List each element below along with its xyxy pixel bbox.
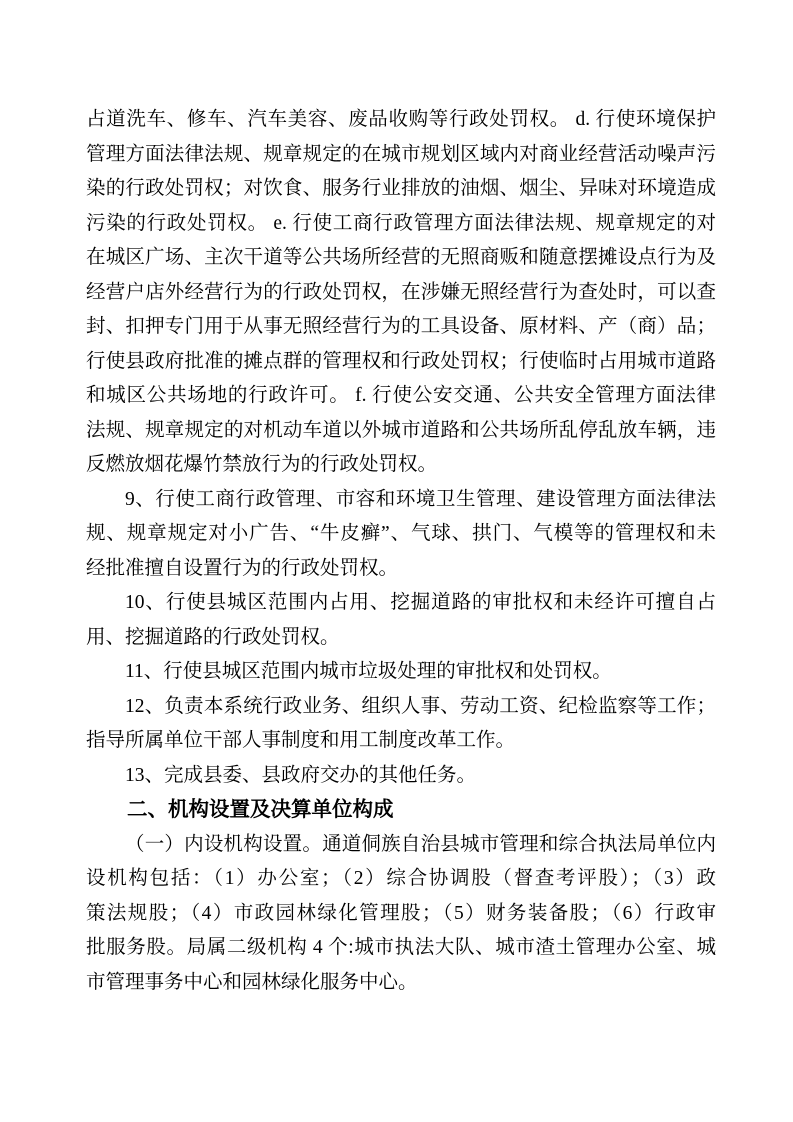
paragraph-item-12: 12、负责本系统行政业务、组织人事、劳动工资、纪检监察等工作； 指导所属单位干部…	[86, 690, 716, 759]
text-line: 策法规股；（4）市政园林绿化管理股；（5）财务装备股；（6）行政审	[86, 897, 716, 932]
text-line: 批服务股。局属二级机构 4 个:城市执法大队、城市渣土管理办公室、城	[86, 931, 716, 966]
paragraph-section-2-1: （一）内设机构设置。通道侗族自治县城市管理和综合执法局单位内 设机构包括：（1）…	[86, 828, 716, 1001]
text-line: 13、完成县委、县政府交办的其他任务。	[86, 759, 716, 794]
text-line: 封、扣押专门用于从事无照经营行为的工具设备、原材料、产（商）品；	[86, 310, 716, 345]
text-line: 管理方面法律法规、规章规定的在城市规划区域内对商业经营活动噪声污	[86, 138, 716, 173]
paragraph-item-11: 11、行使县城区范围内城市垃圾处理的审批权和处罚权。	[86, 655, 716, 690]
text-line: 法规、规章规定的对机动车道以外城市道路和公共场所乱停乱放车辆，违	[86, 414, 716, 449]
text-line: 和城区公共场地的行政许可。 f. 行使公安交通、公共安全管理方面法律	[86, 379, 716, 414]
paragraph-item-8-subduties: 占道洗车、修车、汽车美容、废品收购等行政处罚权。 d. 行使环境保护 管理方面法…	[86, 103, 716, 483]
section-heading-2: 二、机构设置及决算单位构成	[86, 793, 716, 828]
text-line: （一）内设机构设置。通道侗族自治县城市管理和综合执法局单位内	[86, 828, 716, 863]
text-line: 染的行政处罚权；对饮食、服务行业排放的油烟、烟尘、异味对环境造成	[86, 172, 716, 207]
text-line: 在城区广场、主次干道等公共场所经营的无照商贩和随意摆摊设点行为及	[86, 241, 716, 276]
text-line: 市管理事务中心和园林绿化服务中心。	[86, 966, 716, 1001]
text-line: 经批准擅自设置行为的行政处罚权。	[86, 552, 716, 587]
document-text-block: 占道洗车、修车、汽车美容、废品收购等行政处罚权。 d. 行使环境保护 管理方面法…	[86, 103, 716, 1000]
text-line: 占道洗车、修车、汽车美容、废品收购等行政处罚权。 d. 行使环境保护	[86, 103, 716, 138]
paragraph-item-13: 13、完成县委、县政府交办的其他任务。	[86, 759, 716, 794]
text-line: 11、行使县城区范围内城市垃圾处理的审批权和处罚权。	[86, 655, 716, 690]
text-line: 用、挖掘道路的行政处罚权。	[86, 621, 716, 656]
text-line: 12、负责本系统行政业务、组织人事、劳动工资、纪检监察等工作；	[86, 690, 716, 725]
text-line: 行使县政府批准的摊点群的管理权和行政处罚权；行使临时占用城市道路	[86, 345, 716, 380]
text-line: 污染的行政处罚权。 e. 行使工商行政管理方面法律法规、规章规定的对	[86, 207, 716, 242]
text-line: 9、行使工商行政管理、市容和环境卫生管理、建设管理方面法律法	[86, 483, 716, 518]
document-page: 占道洗车、修车、汽车美容、废品收购等行政处罚权。 d. 行使环境保护 管理方面法…	[0, 0, 793, 1122]
text-line: 指导所属单位干部人事制度和用工制度改革工作。	[86, 724, 716, 759]
text-line: 设机构包括：（1）办公室；（2）综合协调股（督查考评股）；（3）政	[86, 862, 716, 897]
paragraph-item-9: 9、行使工商行政管理、市容和环境卫生管理、建设管理方面法律法 规、规章规定对小广…	[86, 483, 716, 587]
text-line: 规、规章规定对小广告、“牛皮癣”、气球、拱门、气模等的管理权和未	[86, 517, 716, 552]
text-line: 反燃放烟花爆竹禁放行为的行政处罚权。	[86, 448, 716, 483]
section-heading-text: 二、机构设置及决算单位构成	[86, 793, 716, 828]
text-line: 10、行使县城区范围内占用、挖掘道路的审批权和未经许可擅自占	[86, 586, 716, 621]
text-line: 经营户店外经营行为的行政处罚权，在涉嫌无照经营行为查处时，可以查	[86, 276, 716, 311]
paragraph-item-10: 10、行使县城区范围内占用、挖掘道路的审批权和未经许可擅自占 用、挖掘道路的行政…	[86, 586, 716, 655]
